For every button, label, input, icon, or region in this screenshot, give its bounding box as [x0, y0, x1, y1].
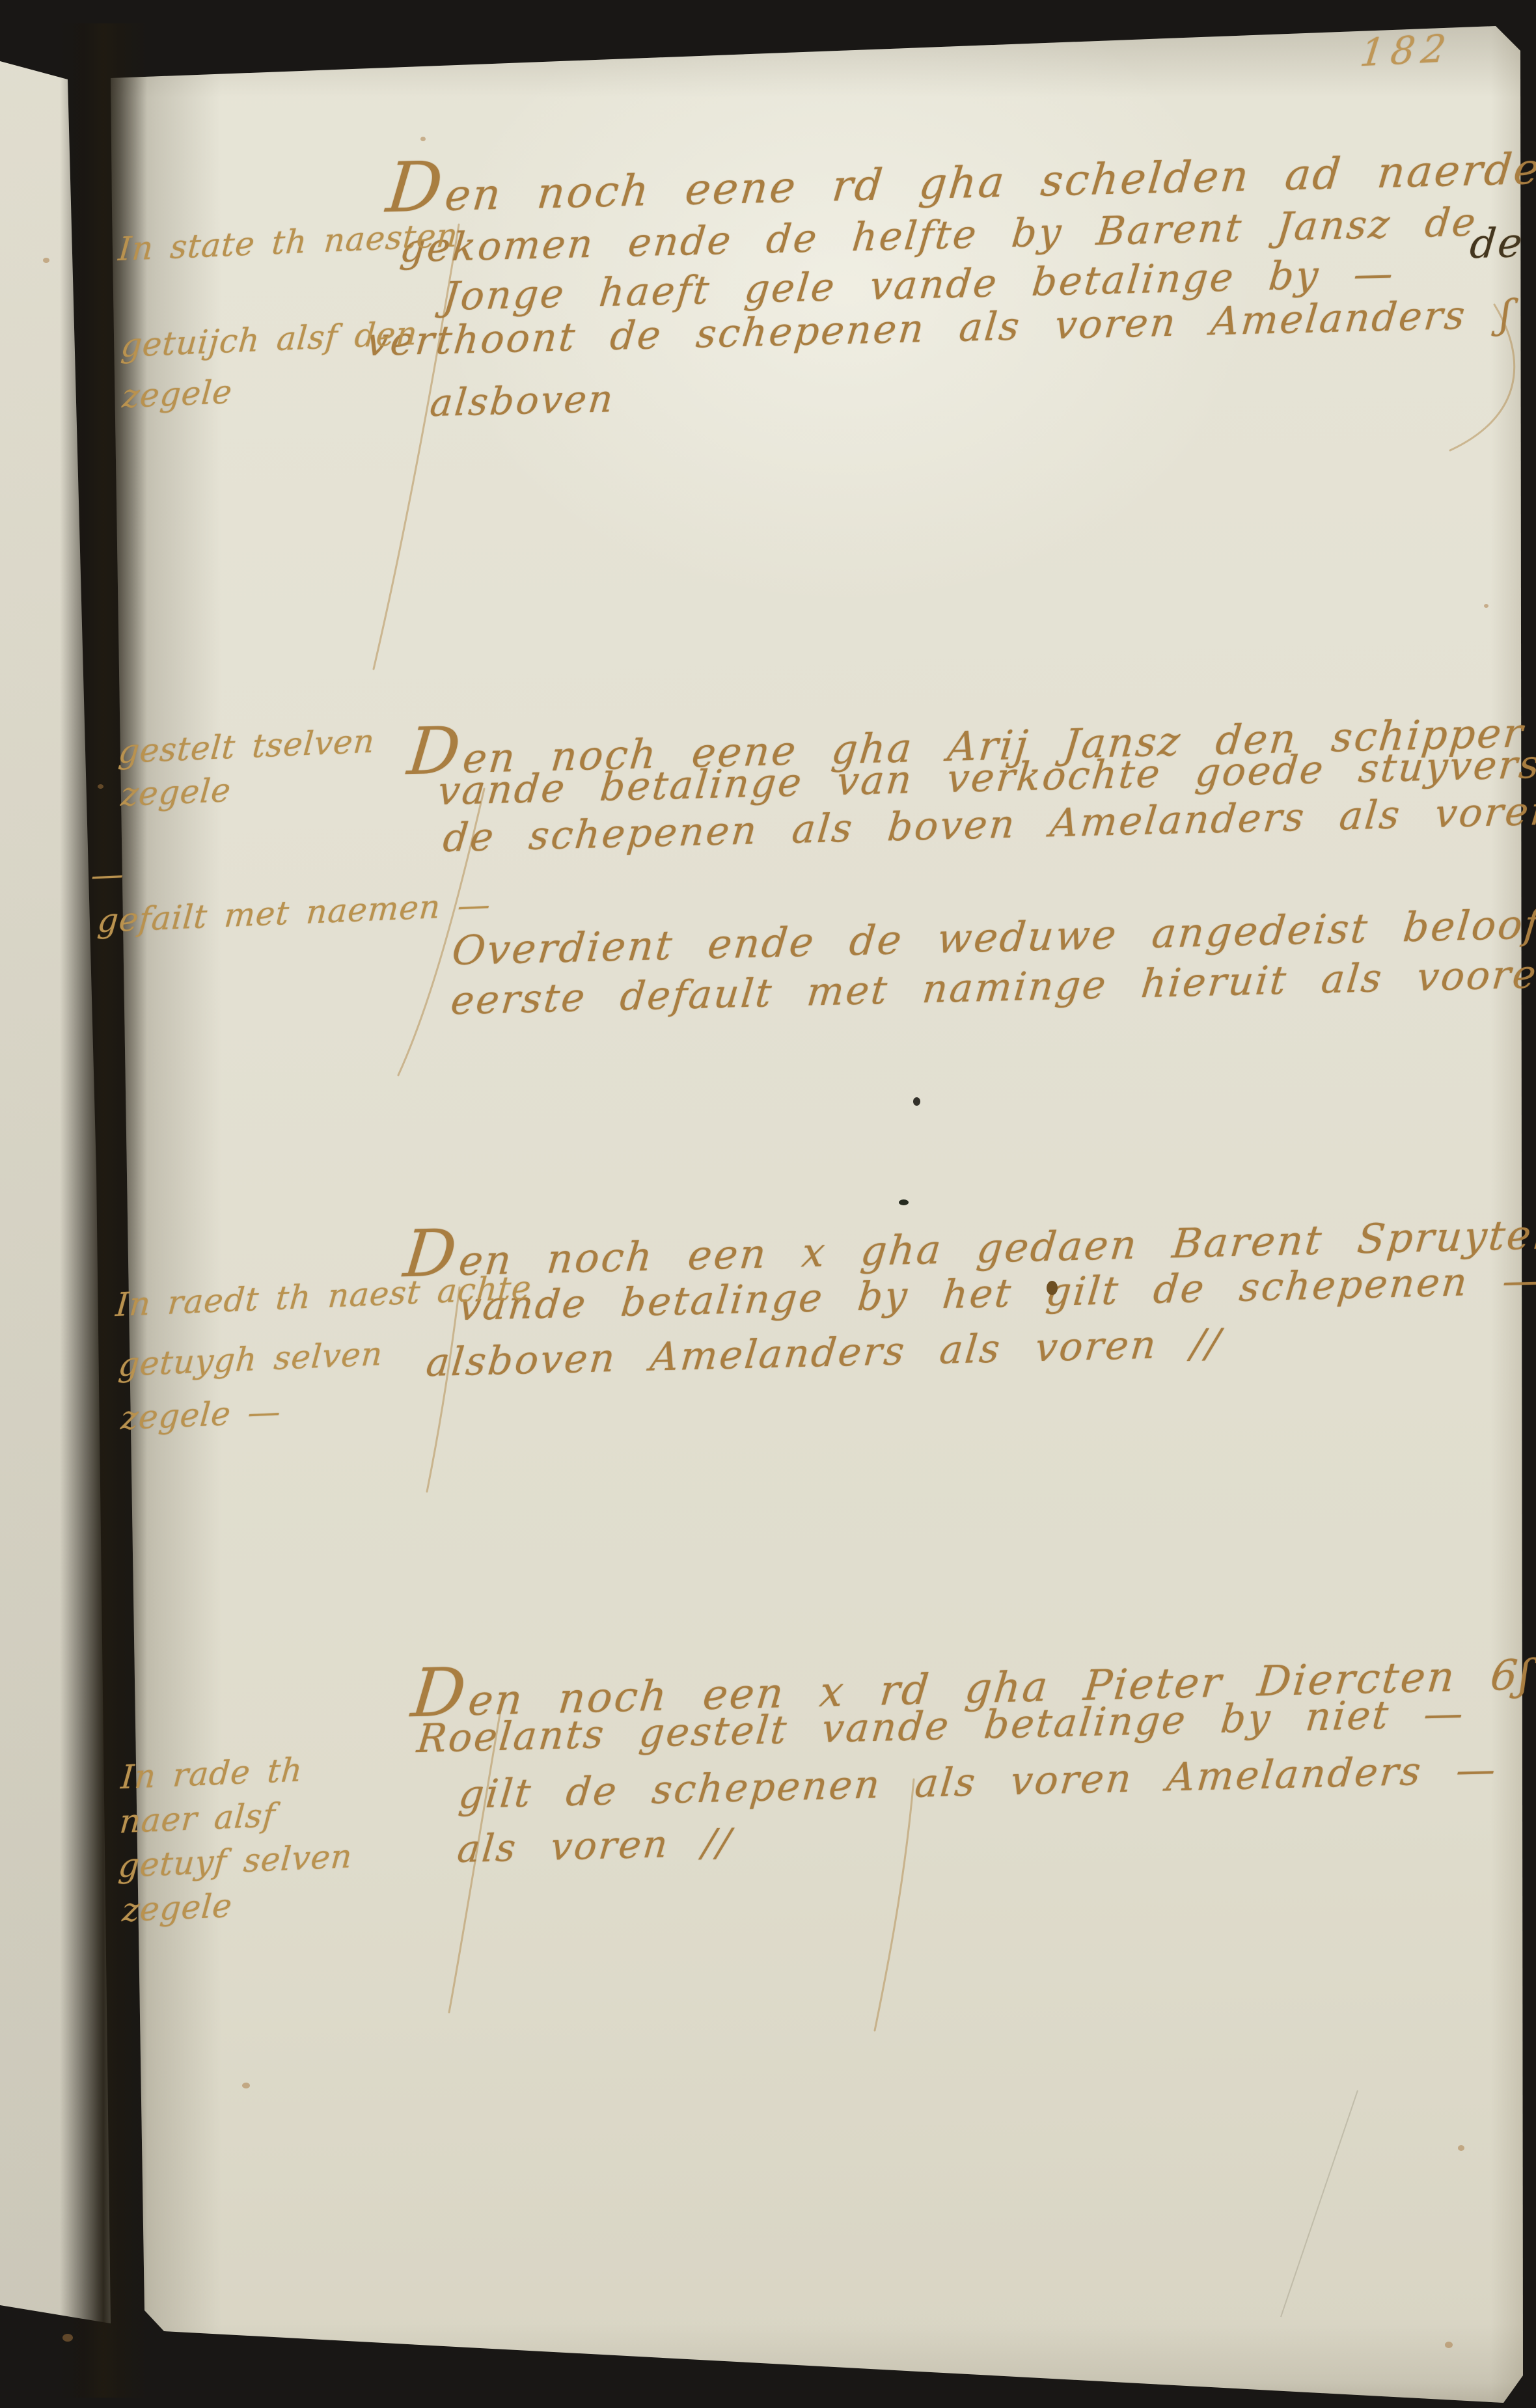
margin-note: In rade th	[120, 1753, 304, 1794]
margin-note: gestelt tselven	[117, 724, 376, 768]
ink-speck	[1047, 1281, 1058, 1295]
foxing-spot	[1445, 2342, 1453, 2348]
margin-note: zegele	[121, 1889, 234, 1926]
margin-note: gefailt met naemen —	[96, 888, 492, 938]
foxing-spot	[62, 2334, 73, 2342]
page-number: 182	[1358, 29, 1455, 72]
ink-speck	[913, 1097, 920, 1106]
foxing-spot	[1484, 604, 1488, 608]
ink-speck	[899, 1199, 909, 1205]
handwriting-layer: 182 Den noch eene rd gha schelden ad nae…	[0, 0, 1536, 2408]
handwriting-line: de	[1468, 223, 1526, 264]
margin-note: getuyf selven	[117, 1840, 354, 1882]
foxing-spot	[43, 258, 49, 263]
margin-note: naer alsf	[118, 1799, 277, 1838]
margin-note: getuygh selven	[117, 1337, 384, 1381]
handwriting-line: alsboven Amelanders als voren //	[424, 1324, 1224, 1382]
handwriting-line: als voren //	[456, 1824, 734, 1868]
margin-note: zegele	[120, 774, 232, 811]
margin-note: zegele	[121, 376, 234, 413]
handwriting-line: gilt de schepenen als voren Amelanders —	[457, 1750, 1499, 1814]
foxing-spot	[98, 784, 103, 789]
foxing-spot	[242, 2083, 250, 2088]
handwriting-line: alsboven	[428, 379, 616, 422]
margin-note: zegele —	[120, 1395, 282, 1435]
foxing-spot	[1458, 2145, 1464, 2151]
foxing-spot	[420, 137, 426, 141]
margin-note: —	[90, 858, 126, 892]
